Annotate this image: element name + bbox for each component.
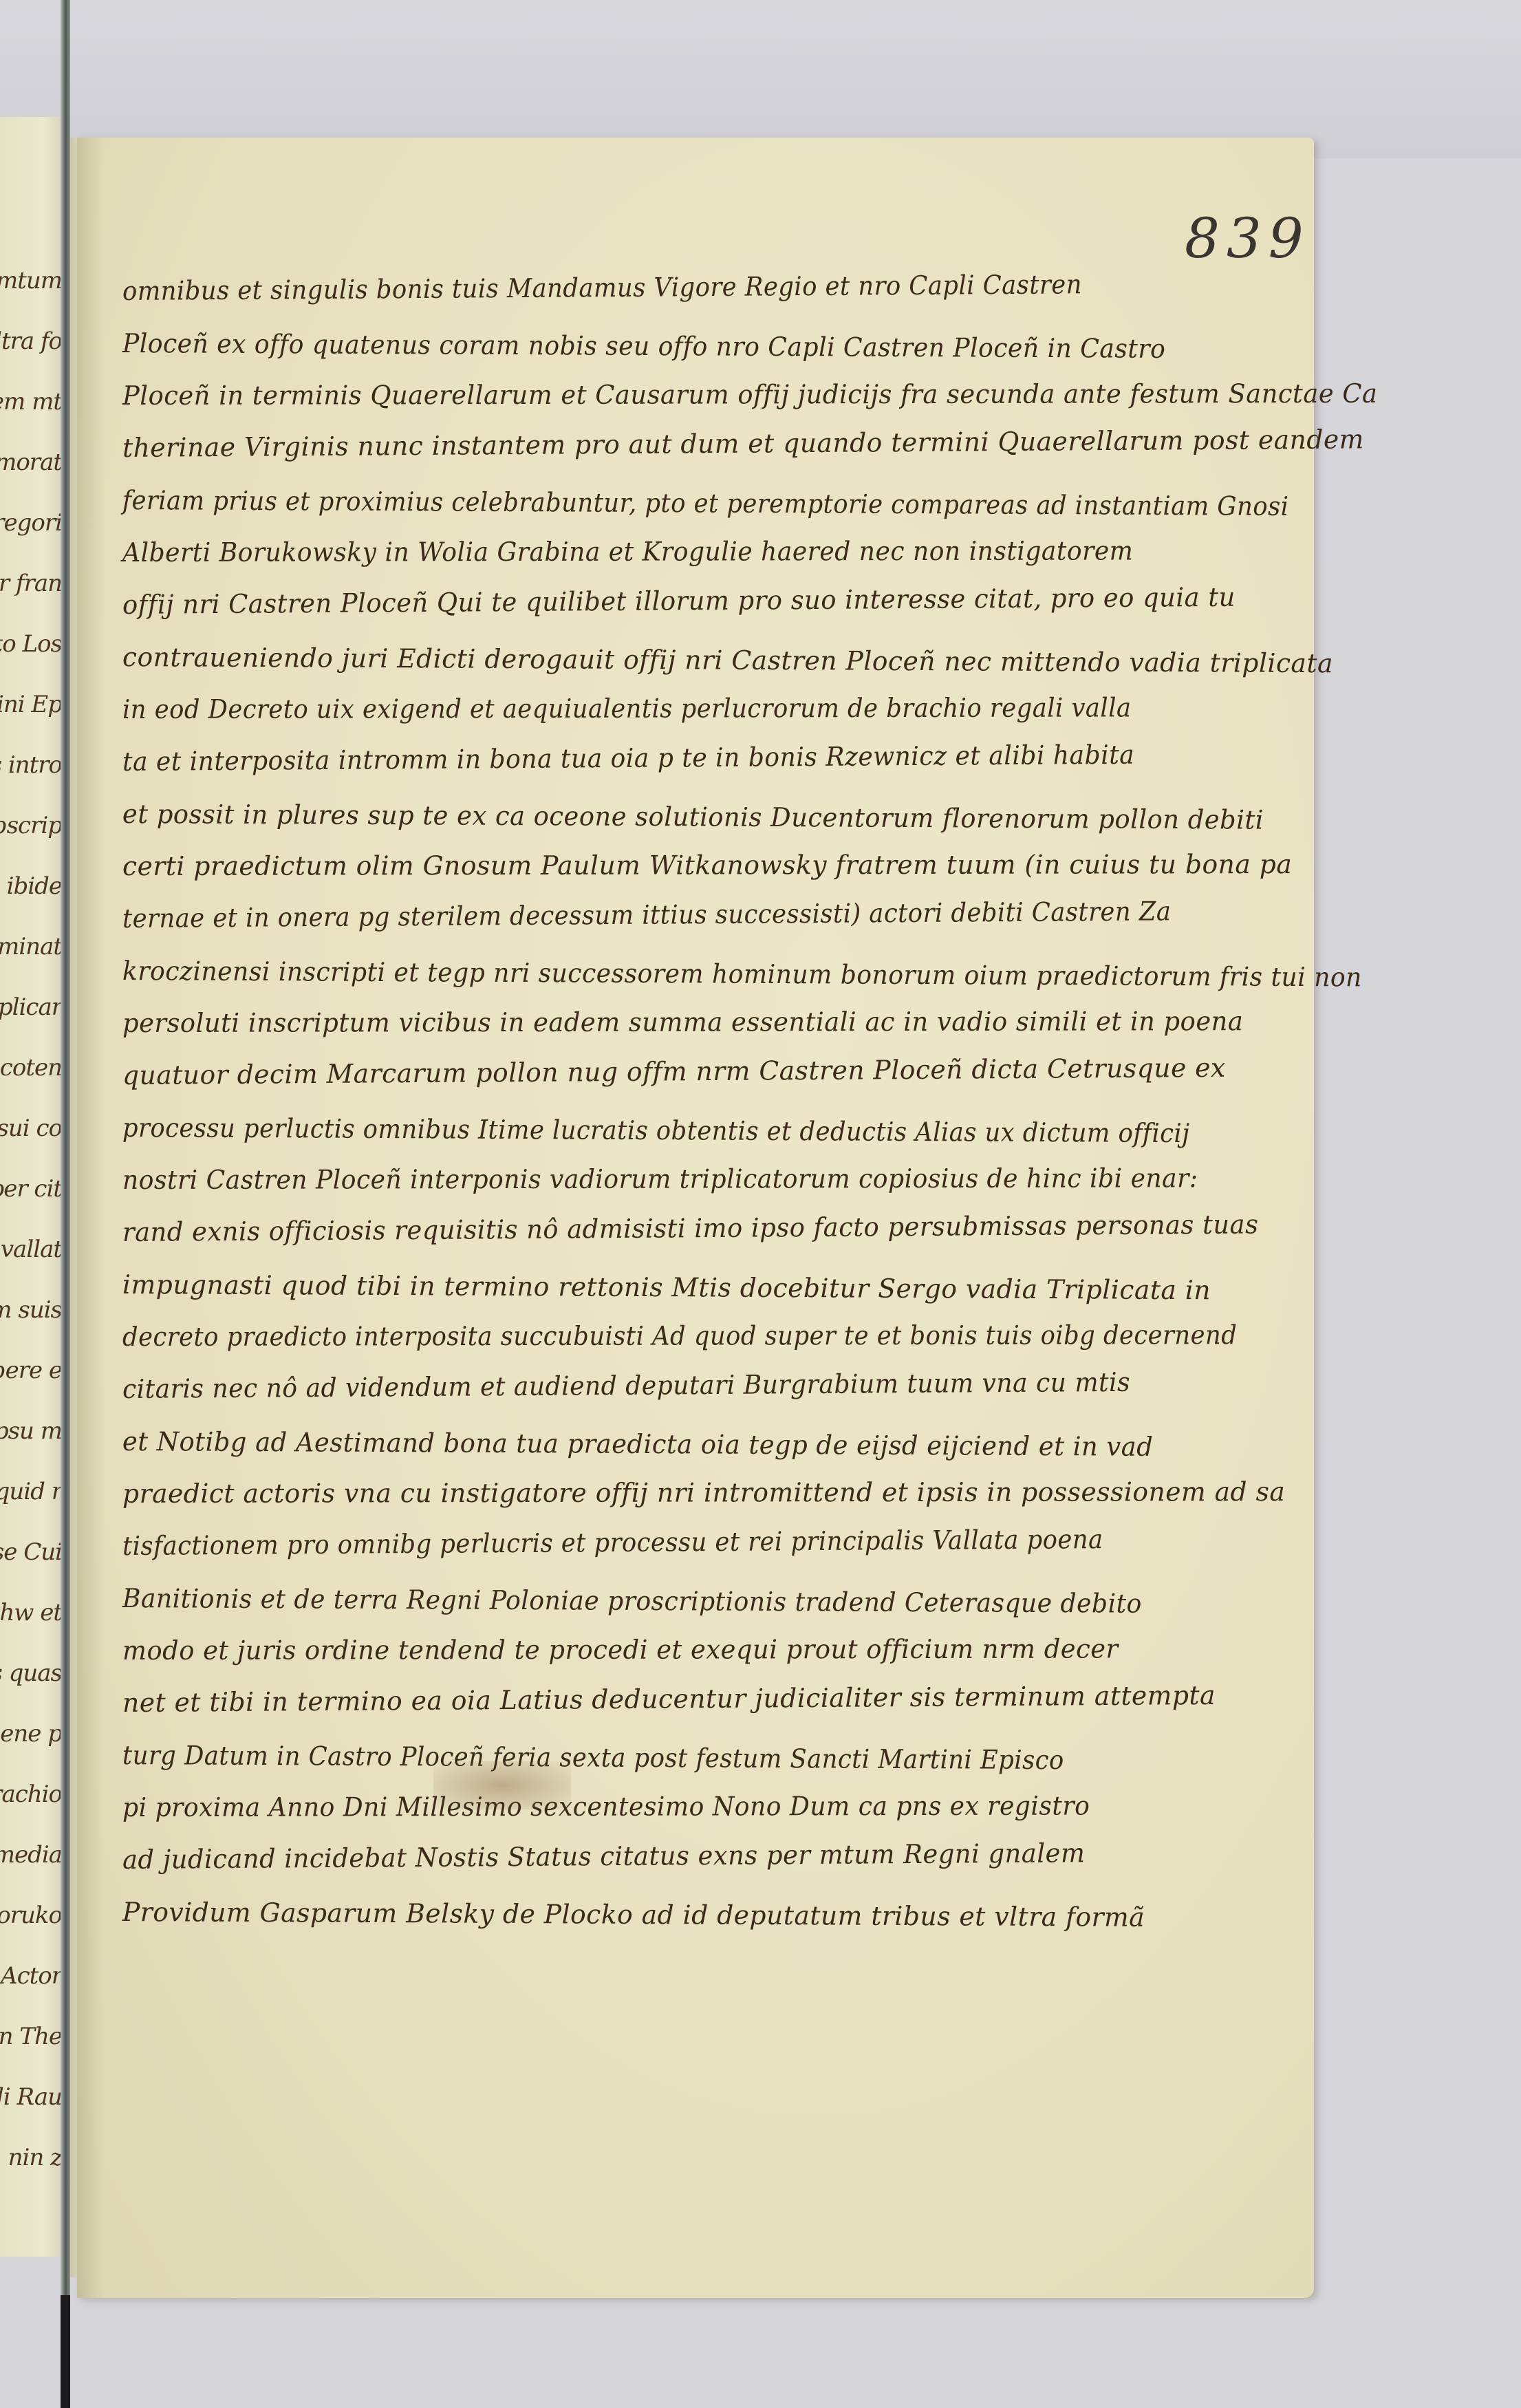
manuscript-line: persoluti inscriptum vicibus in eadem su… [122,995,1137,1049]
margin-fragment: t vltra fo [0,315,62,367]
manuscript-line: et possit in plures sup te ex ca oceone … [122,788,1137,846]
manuscript-line: Alberti Borukowsky in Wolia Grabina et K… [122,524,1116,579]
manuscript-line: contraueniendo juri Edicti derogauit off… [122,631,1158,689]
margin-fragment: sse Cui [0,1526,62,1578]
manuscript-line: Banitionis et de terra Regni Poloniae pr… [122,1572,1116,1630]
manuscript-line: certi praedictum olim Gnosum Paulum Witk… [122,838,1158,892]
manuscript-line: therinae Virginis nunc instantem pro aut… [122,414,1158,474]
margin-fragment: rassui co [0,1102,62,1154]
manuscript-line: Ploceñ ex offo quatenus coram nobis seu … [122,317,1116,375]
manuscript-line: ta et interposita intromm in bona tua oi… [122,729,1116,788]
manuscript-line: feriam prius et proximius celebrabuntur,… [122,474,1095,531]
manuscript-line: Ploceñ in terminis Quaerellarum et Causa… [122,367,1137,422]
margin-fragment: dicto Los [0,618,62,670]
manuscript-line: net et tibi in termino ea oia Latius ded… [122,1669,1158,1729]
margin-fragment: nin z [8,2131,62,2184]
margin-fragment: r ipsu m [0,1405,62,1457]
manuscript-line: rand exnis officiosis requisitis nô admi… [122,1199,1137,1258]
margin-fragment: riplicar [0,981,62,1033]
margin-fragment: di Rau [0,2071,62,2123]
manuscript-text-block: omnibus et singulis bonis tuis Mandamus … [122,265,1168,1938]
margin-fragment: idem mt [0,376,62,428]
manuscript-line: decreto praedicto interposita succubuist… [122,1309,1095,1363]
manuscript-line: nostri Castren Ploceñ interponis vadioru… [122,1152,1116,1206]
manuscript-line: kroczinensi inscripti et tegp nri succes… [122,945,1116,1002]
manuscript-line: citaris nec nô ad videndum et audiend de… [122,1356,1116,1415]
book-spine [61,0,70,2408]
margin-fragment: memorat [0,436,62,488]
manuscript-line: ad judicand incidebat Nostis Status cita… [122,1827,1137,1886]
margin-fragment: brachio [0,1768,62,1820]
scan-background [0,0,1521,158]
manuscript-line: omnibus et singulis bonis tuis Mandamus … [122,258,1095,317]
margin-fragment: m suis [0,1284,62,1336]
manuscript-line: turg Datum in Castro Ploceñ feria sexta … [122,1729,1095,1786]
manuscript-line: pi proxima Anno Dni Millesimo sexcentesi… [122,1779,1116,1834]
facing-page-strip: per mtumt vltra foidem mtmemoratGregorip… [0,117,62,2257]
margin-fragment: ptr fran [0,557,62,610]
manuscript-line: in eod Decreto uix exigend et aequiualen… [122,682,1095,735]
margin-fragment: gus intro [0,739,62,791]
bookmark-ribbon [61,2295,70,2408]
margin-fragment: hw et [0,1587,62,1639]
margin-fragment: habere e [0,1344,62,1397]
margin-fragment: on The [0,2010,62,2063]
margin-fragment: nominat [0,921,62,973]
margin-fragment: d vallat [0,1223,62,1276]
margin-fragment: subscrip [0,799,62,852]
margin-fragment: oruko [0,1889,62,1942]
margin-fragment: artini Ep [0,678,62,731]
margin-fragment: ura coten [0,1042,62,1094]
manuscript-line: quatuor decim Marcarum pollon nug offm n… [122,1042,1158,1101]
manuscript-line: et Notibg ad Aestimand bona tua praedict… [122,1415,1137,1473]
manuscript-line: praedict actoris vna cu instigatore offi… [122,1465,1158,1520]
margin-fragment: is media [0,1829,62,1881]
margin-fragment: um ibide [0,860,62,912]
manuscript-line: impugnasti quod tibi in termino rettonis… [122,1258,1158,1316]
margin-fragment: ius quas [0,1647,62,1699]
manuscript-line: offij nri Castren Ploceñ Qui te quilibet… [122,572,1137,631]
margin-fragment: Actor [1,1950,62,2002]
manuscript-line: ternae et in onera pg sterilem decessum … [122,885,1095,945]
margin-fragment: super cit [0,1163,62,1215]
manuscript-line: processu perluctis omnibus Itime lucrati… [122,1101,1095,1159]
manuscript-line: modo et juris ordine tendend te procedi … [122,1622,1137,1677]
manuscript-line: Providum Gasparum Belsky de Plocko ad id… [122,1886,1158,1944]
margin-fragment: per mtum [0,255,62,307]
margin-fragment: quid r [0,1465,62,1518]
ink-stain [433,1761,571,1809]
margin-fragment: uene p [0,1708,62,1760]
margin-fragment: Gregori [0,497,62,549]
manuscript-line: tisfactionem pro omnibg perlucris et pro… [122,1513,1095,1572]
folio-number: 839 [1185,206,1310,270]
